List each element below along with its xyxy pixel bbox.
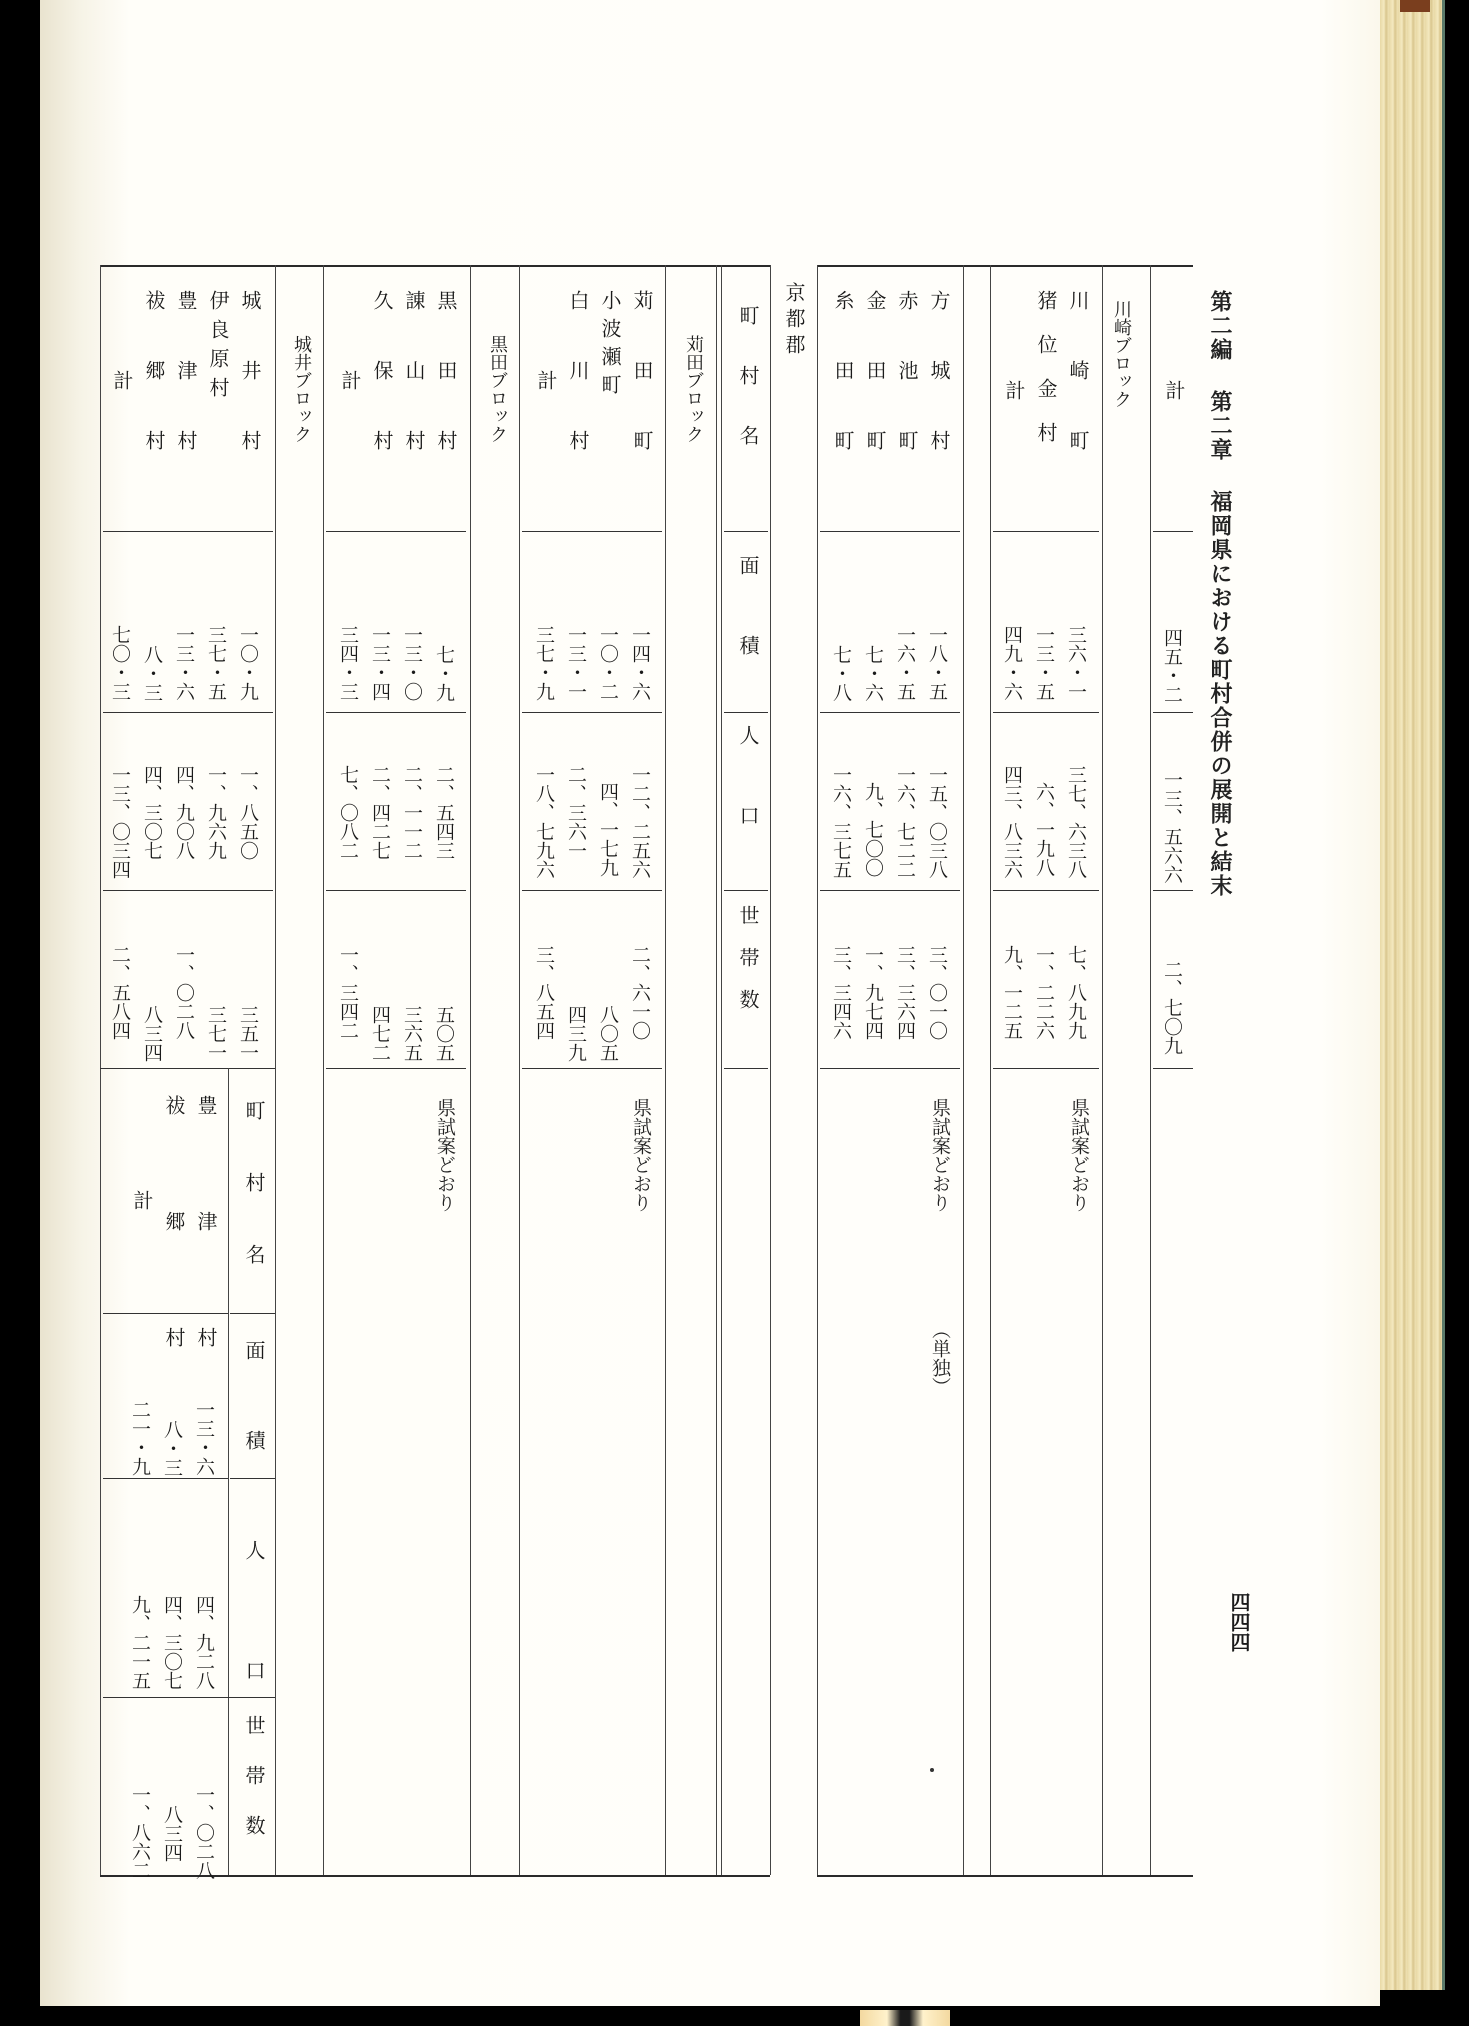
row-name: 豊津村 — [172, 290, 201, 500]
row-households: 四七二 — [370, 1005, 389, 1062]
block-label-joi: 城井ブロック — [288, 335, 314, 443]
row-population: 四三、八三六 — [1002, 765, 1021, 879]
row-households: 三五一 — [238, 1005, 257, 1062]
row-name: 計 — [108, 370, 137, 390]
row-area: 二一・九 — [130, 1400, 149, 1476]
row-population: 四、三〇七 — [142, 765, 161, 860]
row-name: 計 — [336, 370, 365, 390]
row-area: 一三・五 — [1034, 625, 1053, 701]
remark-kuroda: 県試案どおり — [432, 1098, 459, 1212]
row-population: 一八、七九六 — [534, 765, 553, 879]
row-area: 一三・一 — [566, 625, 585, 701]
row-area: 一〇・九 — [238, 625, 257, 701]
row-name: 計 — [128, 1190, 157, 1210]
row-population: 四、一七九 — [598, 782, 617, 877]
block-label-kawasaki: 川崎ブロック — [1108, 300, 1134, 408]
row-area: 八・三 — [162, 1420, 181, 1477]
row-area: 一三・六 — [174, 625, 193, 701]
row-households: 一、〇二八 — [194, 1785, 213, 1880]
row-households: 八〇五 — [598, 1005, 617, 1062]
row-name: 方城村 — [925, 290, 954, 500]
row-households: 一、八六二 — [130, 1785, 149, 1880]
row-area: 七・九 — [434, 645, 453, 702]
district-label: 京都郡 — [780, 282, 809, 360]
page-edge-stack — [1380, 0, 1445, 1990]
row-area: 七〇・三 — [110, 625, 129, 701]
remark-kanda: 県試案どおり — [628, 1098, 655, 1212]
row-name: 豊津村 — [192, 1095, 221, 1443]
row-population: 二、一一二 — [402, 765, 421, 860]
row-area: 一八・五 — [927, 625, 946, 701]
page-number: 四四四 — [1225, 1592, 1254, 1652]
row-population: 一、九六九 — [206, 765, 225, 860]
row-households: 一、二二六 — [1034, 945, 1053, 1040]
row-households: 五〇五 — [434, 1005, 453, 1062]
sub-header-area: 面積 — [240, 1340, 269, 1520]
row-area: 七・八 — [831, 645, 850, 702]
book-binding — [860, 2010, 950, 2026]
sub-header-name: 町村名 — [240, 1100, 269, 1316]
row-name: 諌山村 — [400, 290, 429, 500]
row-area: 一四・六 — [630, 625, 649, 701]
row-population: 三七、六三八 — [1066, 765, 1085, 879]
row-name: 計 — [1000, 380, 1029, 400]
row-name: 猪位金村 — [1032, 290, 1061, 466]
row-households: 四三九 — [566, 1005, 585, 1062]
row-area: 一六・五 — [895, 625, 914, 701]
carryover-total-population: 一三、五六六 — [1162, 770, 1181, 884]
row-name: 白川村 — [564, 290, 593, 500]
row-population: 一三、〇三四 — [110, 765, 129, 879]
row-population: 七、〇八二 — [338, 765, 357, 860]
row-name: 城井村 — [236, 290, 265, 500]
header-area: 面積 — [734, 555, 763, 715]
row-population: 九、七〇〇 — [863, 782, 882, 877]
block-label-kanda: 苅田ブロック — [680, 335, 706, 443]
header-population: 人口 — [734, 725, 763, 885]
row-population: 四、九〇八 — [174, 765, 193, 860]
header-name: 町村名 — [734, 305, 763, 485]
block-label-kuroda: 黒田ブロック — [484, 335, 510, 443]
row-area: 四九・六 — [1002, 625, 1021, 701]
row-area: 三六・一 — [1066, 625, 1085, 701]
row-area: 一〇・二 — [598, 625, 617, 701]
row-population: 一二、二五六 — [630, 765, 649, 879]
row-name: 金田町 — [861, 290, 890, 500]
running-head: 第二編 第二章 福岡県における町村合併の展開と結末 — [1205, 290, 1236, 898]
row-households: 七、八九九 — [1066, 945, 1085, 1040]
header-households: 世帯数 — [734, 905, 763, 1031]
remark-hojo-note: （単独） — [927, 1320, 954, 1396]
carryover-total-area: 四五・二 — [1162, 628, 1181, 704]
row-area: 三四・三 — [338, 625, 357, 701]
row-population: 二、三六一 — [566, 765, 585, 860]
row-population: 四、九二八 — [194, 1595, 213, 1690]
row-area: 一三・六 — [194, 1400, 213, 1476]
row-name: 祓郷村 — [140, 290, 169, 500]
page-edge-top — [1400, 0, 1430, 12]
row-households: 一、三四二 — [338, 945, 357, 1040]
remark-hojo: 県試案どおり — [927, 1098, 954, 1212]
carryover-total-households: 二、七〇九 — [1162, 960, 1181, 1055]
row-households: 一、九七四 — [863, 945, 882, 1040]
row-name: 伊良原村 — [204, 290, 233, 406]
row-population: 一五、〇三八 — [927, 765, 946, 879]
row-name: 久保村 — [368, 290, 397, 500]
carryover-total-name: 計 — [1160, 380, 1189, 400]
sub-header-households: 世帯数 — [240, 1715, 269, 1865]
row-area: 三七・九 — [534, 625, 553, 701]
row-name: 糸田町 — [829, 290, 858, 500]
row-population: 四、三〇七 — [162, 1595, 181, 1690]
stray-dot — [930, 1768, 934, 1772]
row-name: 苅田町 — [628, 290, 657, 500]
row-area: 三七・五 — [206, 625, 225, 701]
row-households: 三、三四六 — [831, 945, 850, 1040]
row-households: 三七一 — [206, 1005, 225, 1062]
row-households: 八三四 — [142, 1005, 161, 1062]
row-population: 六、一九八 — [1034, 782, 1053, 877]
row-population: 二、四二七 — [370, 765, 389, 860]
row-population: 一、八五〇 — [238, 765, 257, 860]
row-population: 九、二一五 — [130, 1595, 149, 1690]
row-population: 二、五四三 — [434, 765, 453, 860]
row-households: 三、三六四 — [895, 945, 914, 1040]
row-households: 九、一二五 — [1002, 945, 1021, 1040]
row-name: 祓郷村 — [160, 1095, 189, 1443]
row-households: 八三四 — [162, 1805, 181, 1862]
row-households: 一、〇二八 — [174, 945, 193, 1040]
row-name: 小波瀬町 — [596, 290, 625, 402]
row-name: 川崎町 — [1064, 290, 1093, 500]
row-households: 二、六一〇 — [630, 945, 649, 1040]
row-population: 一六、七二二 — [895, 765, 914, 879]
row-households: 二、五八四 — [110, 945, 129, 1040]
row-area: 一三・四 — [370, 625, 389, 701]
row-households: 三、〇一〇 — [927, 945, 946, 1040]
row-name: 計 — [532, 370, 561, 390]
row-households: 三、八五四 — [534, 945, 553, 1040]
row-households: 三六五 — [402, 1005, 421, 1062]
row-name: 黒田村 — [432, 290, 461, 500]
row-name: 赤池町 — [893, 290, 922, 500]
remark-kawasaki: 県試案どおり — [1066, 1098, 1093, 1212]
row-area: 一三・〇 — [402, 625, 421, 701]
row-area: 七・六 — [863, 645, 882, 702]
row-population: 一六、三七五 — [831, 765, 850, 879]
row-area: 八・三 — [142, 645, 161, 702]
